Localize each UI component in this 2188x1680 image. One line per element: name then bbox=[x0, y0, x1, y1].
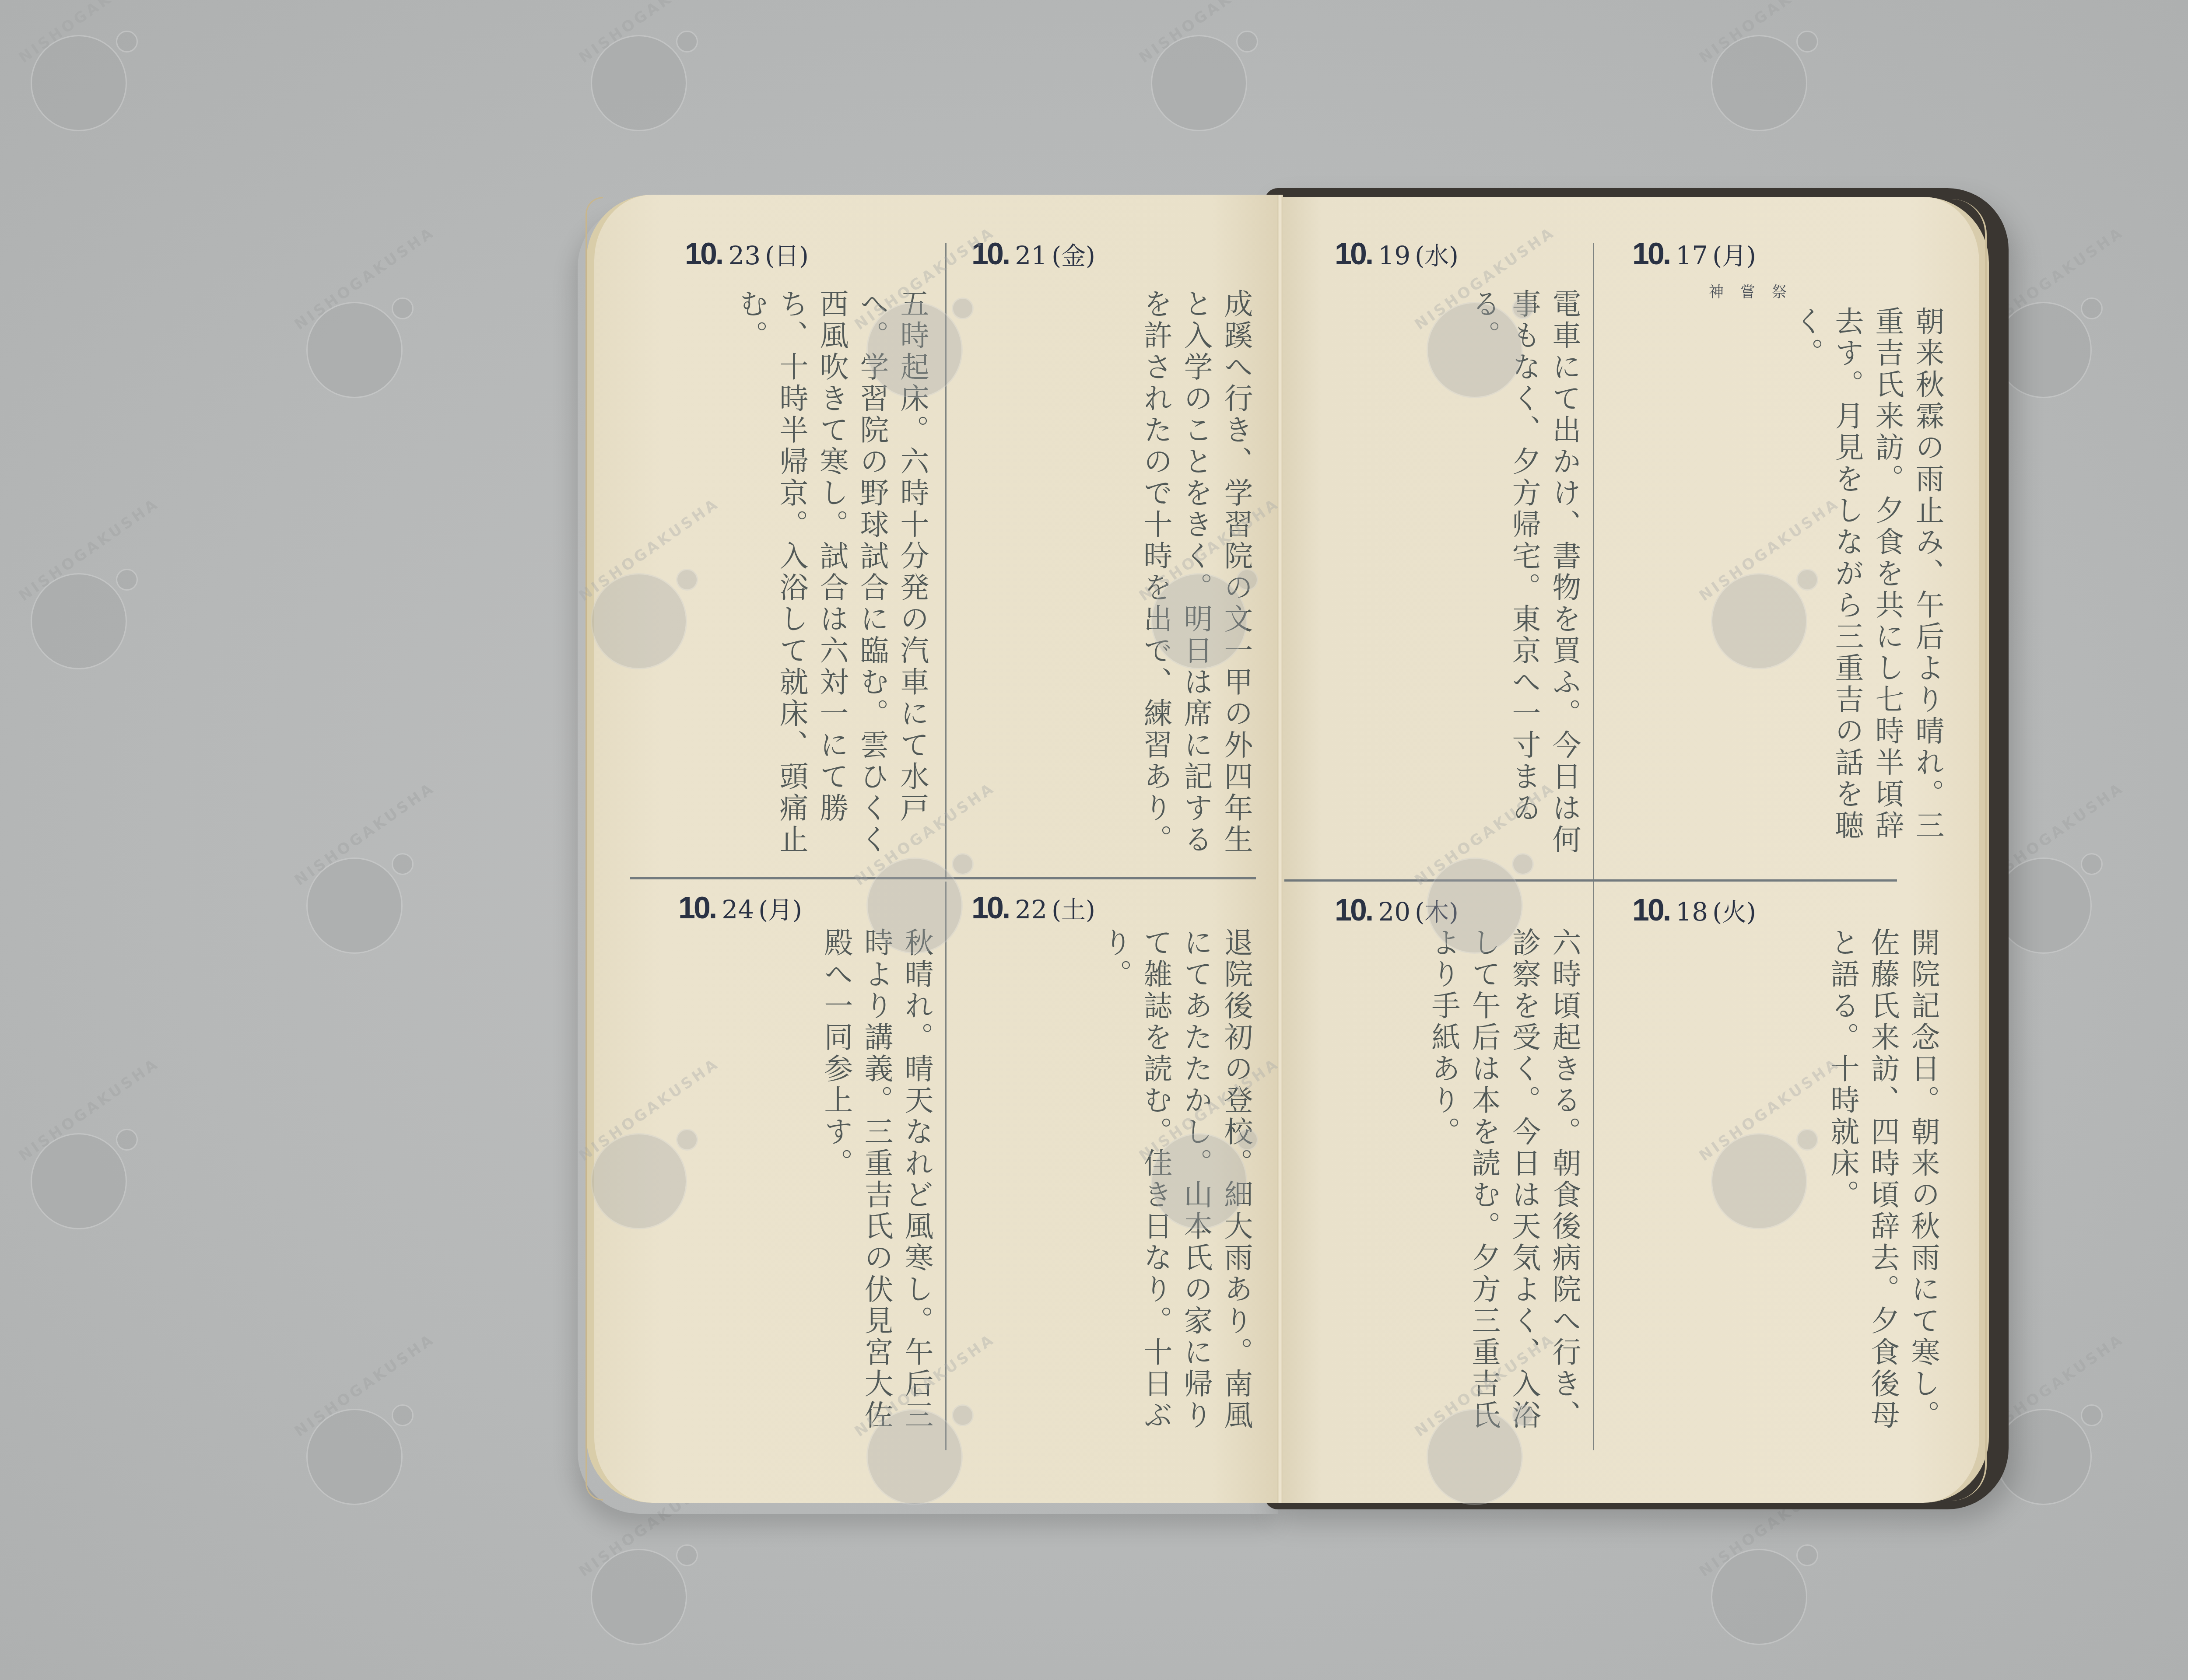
date-header-10-19: 10.19(水) bbox=[1335, 236, 1459, 272]
date-month: 10. bbox=[678, 891, 715, 925]
watermark-logo: NISHOGAKUSHA bbox=[1694, 1116, 1825, 1247]
holiday-label: 神嘗祭 bbox=[1709, 280, 1803, 301]
watermark-logo: NISHOGAKUSHA bbox=[1694, 17, 1825, 149]
diary-entry-10-20: 六時頃起きる。朝食後病院へ行き、診察を受く。今日は天気よく、入浴して午后は本を読… bbox=[1317, 927, 1584, 1452]
date-header-10-18: 10.18(火) bbox=[1632, 892, 1756, 928]
date-weekday: (日) bbox=[765, 242, 809, 270]
date-day: 23 bbox=[728, 241, 761, 270]
watermark-logo: NISHOGAKUSHA bbox=[849, 284, 980, 416]
watermark-logo: NISHOGAKUSHA bbox=[1694, 1531, 1825, 1662]
cell-divider-right-bottom bbox=[1593, 882, 1594, 1450]
date-weekday: (金) bbox=[1052, 242, 1095, 270]
date-header-10-22: 10.22(土) bbox=[971, 890, 1095, 926]
left-page-edges bbox=[586, 197, 603, 1501]
date-month: 10. bbox=[1335, 237, 1372, 271]
watermark-logo: NISHOGAKUSHA bbox=[289, 1391, 420, 1522]
date-weekday: (土) bbox=[1052, 896, 1095, 924]
watermark-logo: NISHOGAKUSHA bbox=[289, 840, 420, 971]
watermark-logo: NISHOGAKUSHA bbox=[1694, 556, 1825, 687]
watermark-logo: NISHOGAKUSHA bbox=[13, 556, 144, 687]
right-page-edges bbox=[1952, 199, 1987, 1501]
cell-divider-right-top bbox=[1593, 243, 1594, 879]
date-day: 20 bbox=[1378, 897, 1410, 927]
date-weekday: (水) bbox=[1415, 242, 1459, 270]
date-month: 10. bbox=[1632, 893, 1669, 927]
date-header-10-24: 10.24(月) bbox=[678, 890, 802, 926]
date-month: 10. bbox=[1632, 237, 1669, 271]
watermark-logo: NISHOGAKUSHA bbox=[573, 1531, 705, 1662]
date-day: 19 bbox=[1378, 241, 1410, 270]
watermark-logo: NISHOGAKUSHA bbox=[13, 17, 144, 149]
date-day: 18 bbox=[1676, 897, 1708, 927]
watermark-logo: NISHOGAKUSHA bbox=[849, 840, 980, 971]
watermark-logo: NISHOGAKUSHA bbox=[1133, 17, 1265, 149]
date-day: 21 bbox=[1015, 241, 1047, 270]
date-day: 22 bbox=[1015, 895, 1047, 924]
date-weekday: (火) bbox=[1712, 898, 1756, 927]
date-header-10-17: 10.17(月) bbox=[1632, 236, 1756, 272]
watermark-logo: NISHOGAKUSHA bbox=[1409, 840, 1540, 971]
watermark-logo: NISHOGAKUSHA bbox=[1409, 1391, 1540, 1522]
watermark-logo: NISHOGAKUSHA bbox=[573, 556, 705, 687]
date-weekday: (月) bbox=[1712, 242, 1756, 270]
date-header-10-23: 10.23(日) bbox=[685, 236, 809, 272]
watermark-logo: NISHOGAKUSHA bbox=[849, 1391, 980, 1522]
date-day: 24 bbox=[722, 895, 754, 924]
watermark-logo: NISHOGAKUSHA bbox=[573, 1116, 705, 1247]
watermark-logo: NISHOGAKUSHA bbox=[573, 17, 705, 149]
watermark-logo: NISHOGAKUSHA bbox=[1133, 1116, 1265, 1247]
date-month: 10. bbox=[1335, 893, 1372, 927]
date-month: 10. bbox=[685, 237, 722, 271]
book-gutter bbox=[1277, 195, 1283, 1503]
watermark-logo: NISHOGAKUSHA bbox=[1133, 556, 1265, 687]
date-day: 17 bbox=[1676, 241, 1708, 270]
watermark-logo: NISHOGAKUSHA bbox=[1409, 284, 1540, 416]
date-weekday: (月) bbox=[758, 896, 802, 924]
diary-entry-10-24: 秋晴れ。晴天なれど風寒し。午后三時より講義。三重吉氏の伏見宮大佐殿へ一同参上す。 bbox=[796, 927, 936, 1444]
watermark-logo: NISHOGAKUSHA bbox=[289, 284, 420, 416]
row-divider-right bbox=[1284, 879, 1897, 882]
watermark-logo: NISHOGAKUSHA bbox=[13, 1116, 144, 1247]
